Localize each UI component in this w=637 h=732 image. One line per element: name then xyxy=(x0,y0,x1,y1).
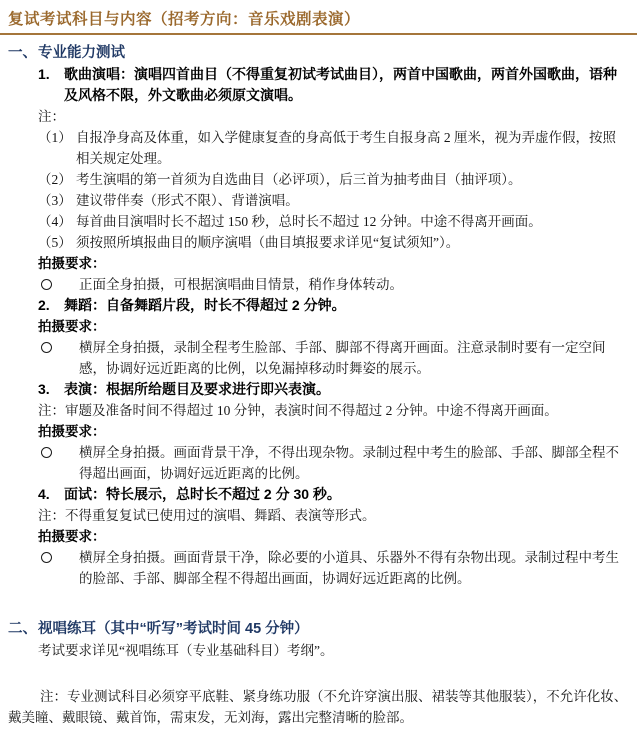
item-2-shooting-requirement: 横屏全身拍摄，录制全程考生脸部、手部、脚部不得离开画面。注意录制时要有一定空间感… xyxy=(38,337,628,379)
item-3-heading: 3. 表演：根据所给题目及要求进行即兴表演。 xyxy=(38,379,628,400)
section-1-heading: 一、 专业能力测试 xyxy=(8,43,628,64)
note-text: 每首曲目演唱时长不超过 150 秒，总时长不超过 12 分钟。中途不得离开画面。 xyxy=(76,211,628,232)
circle-bullet-icon xyxy=(41,447,52,458)
item-4-shooting-requirement: 横屏全身拍摄。画面背景干净，除必要的小道具、乐器外不得有杂物出现。录制过程中考生… xyxy=(38,547,628,589)
item-2-shooting-requirements-label: 拍摄要求： xyxy=(38,316,628,337)
item-1-shooting-requirements-label: 拍摄要求： xyxy=(38,253,628,274)
item-1-shooting-requirement: 正面全身拍摄，可根据演唱曲目情景，稍作身体转动。 xyxy=(38,274,628,295)
item-2-heading: 2. 舞蹈：自备舞蹈片段，时长不得超过 2 分钟。 xyxy=(38,295,628,316)
item-1-note-1: （1） 自报净身高及体重，如入学健康复查的身高低于考生自报身高 2 厘米，视为弄… xyxy=(38,127,628,169)
title-divider xyxy=(0,33,637,35)
shooting-requirement-text: 正面全身拍摄，可根据演唱曲目情景，稍作身体转动。 xyxy=(79,274,628,295)
note-number: （2） xyxy=(38,169,76,190)
item-3-number: 3. xyxy=(38,379,64,400)
item-1-note-3: （3） 建议带伴奏（形式不限）、背谱演唱。 xyxy=(38,190,628,211)
item-4-text: 面试：特长展示，总时长不超过 2 分 30 秒。 xyxy=(64,484,628,505)
page-title: 复试考试科目与内容（招考方向：音乐戏剧表演） xyxy=(8,8,628,31)
section-2-label: 视唱练耳（其中“听写”考试时间 45 分钟） xyxy=(38,619,309,640)
item-3-note: 注：审题及准备时间不得超过 10 分钟，表演时间不得超过 2 分钟。中途不得离开… xyxy=(38,400,628,421)
circle-bullet-icon xyxy=(41,279,52,290)
item-2-number: 2. xyxy=(38,295,64,316)
note-text: 建议带伴奏（形式不限）、背谱演唱。 xyxy=(76,190,628,211)
item-1-note-5: （5） 须按照所填报曲目的顺序演唱（曲目填报要求详见“复试须知”）。 xyxy=(38,232,628,253)
item-1-note-2: （2） 考生演唱的第一首须为自选曲目（必评项），后三首为抽考曲目（抽评项）。 xyxy=(38,169,628,190)
circle-bullet-icon xyxy=(41,342,52,353)
note-number: （4） xyxy=(38,211,76,232)
note-text: 考生演唱的第一首须为自选曲目（必评项），后三首为抽考曲目（抽评项）。 xyxy=(76,169,628,190)
item-1-heading: 1. 歌曲演唱：演唱四首曲目（不得重复初试考试曲目），两首中国歌曲，两首外国歌曲… xyxy=(38,64,628,106)
item-1-note-label: 注： xyxy=(38,106,628,127)
dress-code-footnote: 注：专业测试科目必须穿平底鞋、紧身练功服（不允许穿演出服、裙装等其他服装），不允… xyxy=(8,686,628,728)
shooting-requirement-text: 横屏全身拍摄，录制全程考生脸部、手部、脚部不得离开画面。注意录制时要有一定空间感… xyxy=(79,337,628,379)
item-4-note: 注：不得重复复试已使用过的演唱、舞蹈、表演等形式。 xyxy=(38,505,628,526)
item-2-text: 舞蹈：自备舞蹈片段，时长不得超过 2 分钟。 xyxy=(64,295,628,316)
shooting-requirement-text: 横屏全身拍摄。画面背景干净，不得出现杂物。录制过程中考生的脸部、手部、脚部全程不… xyxy=(79,442,628,484)
item-1-note-4: （4） 每首曲目演唱时长不超过 150 秒，总时长不超过 12 分钟。中途不得离… xyxy=(38,211,628,232)
section-1-label: 专业能力测试 xyxy=(38,43,125,64)
note-number: （5） xyxy=(38,232,76,253)
section-2-body: 考试要求详见“视唱练耳（专业基础科目）考纲”。 xyxy=(38,640,628,661)
section-2-number: 二、 xyxy=(8,619,38,640)
item-3-shooting-requirement: 横屏全身拍摄。画面背景干净，不得出现杂物。录制过程中考生的脸部、手部、脚部全程不… xyxy=(38,442,628,484)
note-text: 自报净身高及体重，如入学健康复查的身高低于考生自报身高 2 厘米，视为弄虚作假，… xyxy=(76,127,628,169)
footnote-spacer xyxy=(8,661,628,686)
item-1-number: 1. xyxy=(38,64,64,106)
section-1-number: 一、 xyxy=(8,43,38,64)
document: 复试考试科目与内容（招考方向：音乐戏剧表演） 一、 专业能力测试 1. 歌曲演唱… xyxy=(0,0,637,728)
note-number: （3） xyxy=(38,190,76,211)
shooting-requirement-text: 横屏全身拍摄。画面背景干净，除必要的小道具、乐器外不得有杂物出现。录制过程中考生… xyxy=(79,547,628,589)
item-4-heading: 4. 面试：特长展示，总时长不超过 2 分 30 秒。 xyxy=(38,484,628,505)
circle-bullet-icon xyxy=(41,552,52,563)
item-1-text: 歌曲演唱：演唱四首曲目（不得重复初试考试曲目），两首中国歌曲，两首外国歌曲，语种… xyxy=(64,64,628,106)
item-3-text: 表演：根据所给题目及要求进行即兴表演。 xyxy=(64,379,628,400)
section-spacer xyxy=(8,589,628,619)
note-text: 须按照所填报曲目的顺序演唱（曲目填报要求详见“复试须知”）。 xyxy=(76,232,628,253)
item-4-number: 4. xyxy=(38,484,64,505)
item-4-shooting-requirements-label: 拍摄要求： xyxy=(38,526,628,547)
section-2-heading: 二、 视唱练耳（其中“听写”考试时间 45 分钟） xyxy=(8,619,628,640)
item-3-shooting-requirements-label: 拍摄要求： xyxy=(38,421,628,442)
note-number: （1） xyxy=(38,127,76,169)
